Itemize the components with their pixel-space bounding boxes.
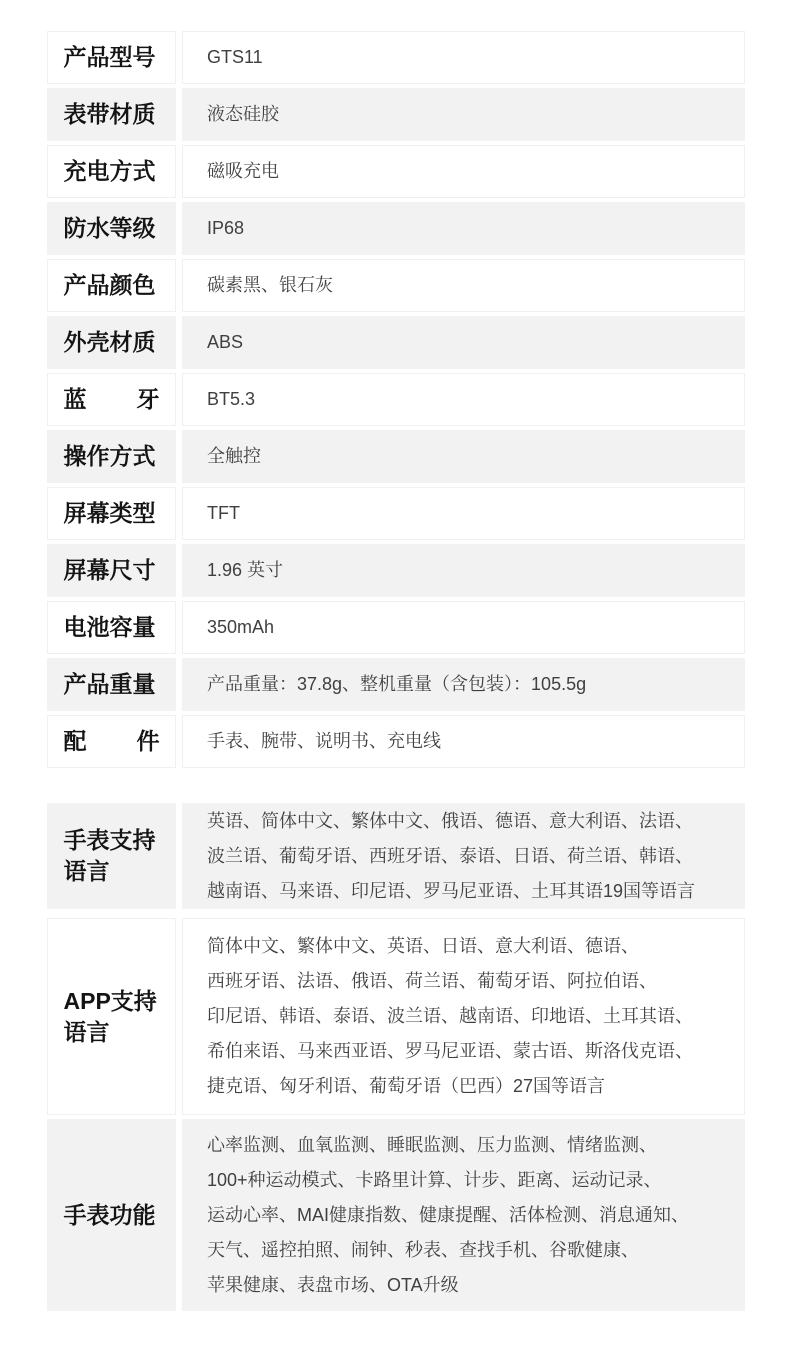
spec-label-cell: 防水等级 [47,202,176,255]
spec-label: 外壳材质 [64,327,160,358]
spec-value: 磁吸充电 [207,154,279,189]
spec-value-cell: BT5.3 [182,373,745,426]
spec-label: 产品颜色 [64,270,160,301]
spec-value-cell: 英语、简体中文、繁体中文、俄语、德语、意大利语、法语、 波兰语、葡萄牙语、西班牙… [182,803,745,909]
spec-value: IP68 [207,211,244,246]
spec-value: 全触控 [207,439,261,474]
spec-value-cell: 碳素黑、银石灰 [182,259,745,312]
spec-label: 电池容量 [64,612,160,643]
spec-row-battery: 电池容量 350mAh [47,601,745,654]
spec-row-watch-languages: 手表支持 语言 英语、简体中文、繁体中文、俄语、德语、意大利语、法语、 波兰语、… [47,803,745,909]
spec-label: 充电方式 [64,156,160,187]
spec-value: 液态硅胶 [207,97,279,132]
spec-label-cell: 屏幕类型 [47,487,176,540]
spec-row-operation: 操作方式 全触控 [47,430,745,483]
spec-value: TFT [207,496,240,531]
spec-label-cell: 手表功能 [47,1119,176,1311]
spec-value-cell: 产品重量：37.8g、整机重量（含包装）：105.5g [182,658,745,711]
spec-label: 手表功能 [64,1200,160,1231]
spec-label-cell: 手表支持 语言 [47,803,176,909]
spec-row-screen-size: 屏幕尺寸 1.96 英寸 [47,544,745,597]
spec-label-cell: 充电方式 [47,145,176,198]
spec-value-cell: TFT [182,487,745,540]
spec-value-cell: 全触控 [182,430,745,483]
spec-value-cell: 手表、腕带、说明书、充电线 [182,715,745,768]
spec-value: GTS11 [207,40,263,75]
spec-row-case-material: 外壳材质 ABS [47,316,745,369]
spec-value: 心率监测、血氧监测、睡眠监测、压力监测、情绪监测、 100+种运动模式、卡路里计… [207,1128,689,1303]
spec-label: 蓝牙 [64,384,160,415]
spec-row-app-languages: APP支持 语言 简体中文、繁体中文、英语、日语、意大利语、德语、 西班牙语、法… [47,918,745,1115]
spec-value: 产品重量：37.8g、整机重量（含包装）：105.5g [207,667,586,702]
spec-value: 英语、简体中文、繁体中文、俄语、德语、意大利语、法语、 波兰语、葡萄牙语、西班牙… [207,804,695,909]
spec-value-cell: ABS [182,316,745,369]
spec-label: APP支持 语言 [64,986,160,1048]
spec-value: BT5.3 [207,382,255,417]
spec-label-cell: 外壳材质 [47,316,176,369]
spec-row-model: 产品型号 GTS11 [47,31,745,84]
spec-value: ABS [207,325,243,360]
spec-value: 碳素黑、银石灰 [207,268,333,303]
spec-label: 表带材质 [64,99,160,130]
spec-value-cell: 简体中文、繁体中文、英语、日语、意大利语、德语、 西班牙语、法语、俄语、荷兰语、… [182,918,745,1115]
spec-label: 防水等级 [64,213,160,244]
spec-label: 配件 [64,726,160,757]
spec-value-cell: 液态硅胶 [182,88,745,141]
spec-label-cell: 产品颜色 [47,259,176,312]
spec-label-cell: 表带材质 [47,88,176,141]
spec-label-cell: 电池容量 [47,601,176,654]
spec-label-cell: APP支持 语言 [47,918,176,1115]
spec-value-cell: 磁吸充电 [182,145,745,198]
spec-row-charging: 充电方式 磁吸充电 [47,145,745,198]
spec-label: 产品型号 [64,42,160,73]
spec-label: 屏幕尺寸 [64,555,160,586]
spec-label-cell: 配件 [47,715,176,768]
spec-value-cell: IP68 [182,202,745,255]
spec-label-cell: 屏幕尺寸 [47,544,176,597]
product-spec-table: 产品型号 GTS11 表带材质 液态硅胶 充电方式 磁吸充电 防水等级 IP68… [0,0,790,1311]
spec-row-color: 产品颜色 碳素黑、银石灰 [47,259,745,312]
spec-value: 1.96 英寸 [207,553,283,588]
spec-value: 手表、腕带、说明书、充电线 [207,724,441,759]
spec-label: 屏幕类型 [64,498,160,529]
spec-label: 操作方式 [64,441,160,472]
spec-row-watch-functions: 手表功能 心率监测、血氧监测、睡眠监测、压力监测、情绪监测、 100+种运动模式… [47,1119,745,1311]
spec-label-cell: 操作方式 [47,430,176,483]
spec-label-cell: 产品型号 [47,31,176,84]
spec-label-cell: 产品重量 [47,658,176,711]
spec-label: 手表支持 语言 [64,825,160,887]
spec-row-weight: 产品重量 产品重量：37.8g、整机重量（含包装）：105.5g [47,658,745,711]
spec-row-waterproof: 防水等级 IP68 [47,202,745,255]
spec-value-cell: GTS11 [182,31,745,84]
spec-value: 350mAh [207,610,274,645]
spec-row-screen-type: 屏幕类型 TFT [47,487,745,540]
spec-row-accessories: 配件 手表、腕带、说明书、充电线 [47,715,745,768]
spec-row-bluetooth: 蓝牙 BT5.3 [47,373,745,426]
spec-label: 产品重量 [64,669,160,700]
spec-value-cell: 心率监测、血氧监测、睡眠监测、压力监测、情绪监测、 100+种运动模式、卡路里计… [182,1119,745,1311]
spec-value: 简体中文、繁体中文、英语、日语、意大利语、德语、 西班牙语、法语、俄语、荷兰语、… [207,929,693,1104]
spec-value-cell: 350mAh [182,601,745,654]
spec-label-cell: 蓝牙 [47,373,176,426]
spec-value-cell: 1.96 英寸 [182,544,745,597]
spec-row-strap-material: 表带材质 液态硅胶 [47,88,745,141]
